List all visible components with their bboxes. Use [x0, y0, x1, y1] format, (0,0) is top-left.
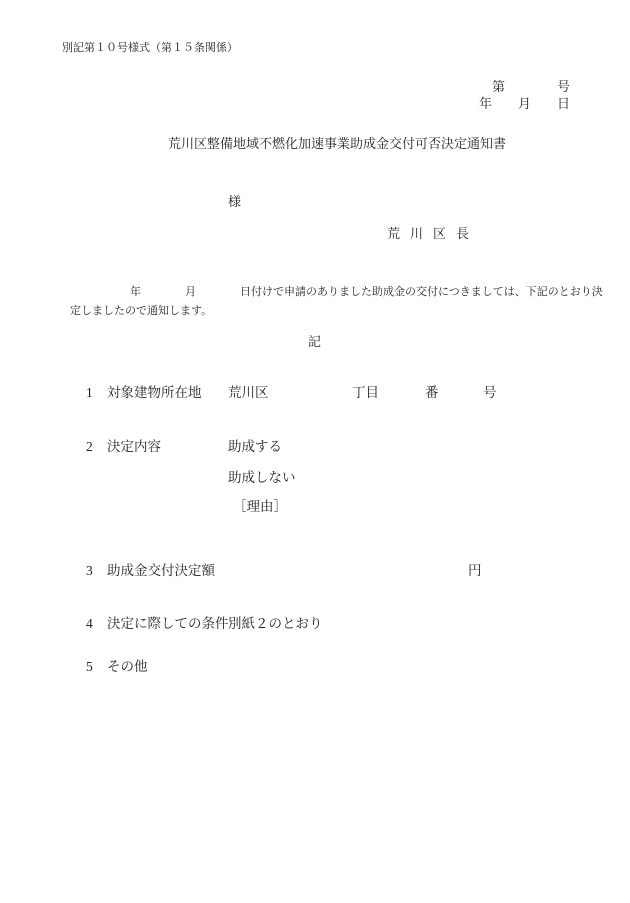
item1-go-label: 号 [483, 385, 497, 402]
item4-number: 4 [86, 616, 93, 633]
document-number-line: 第 号 [492, 79, 570, 95]
document-date-line: 年 月 日 [479, 96, 570, 112]
item2-option-deny: 助成しない [228, 470, 296, 487]
item4-label: 決定に際しての条件 [107, 616, 229, 633]
item2-label: 決定内容 [107, 439, 161, 456]
document-page: 別記第１０号様式（第１５条関係） 第 号 年 月 日 荒川区整備地域不燃化加速事… [0, 0, 630, 903]
item1-city: 荒川区 [228, 385, 269, 402]
item4-value: 別紙２のとおり [228, 616, 323, 633]
item3-label: 助成金交付決定額 [107, 563, 215, 580]
item2-reason-label: ［理由］ [233, 499, 287, 516]
item3-yen-unit: 円 [468, 563, 482, 580]
item2-option-grant: 助成する [228, 439, 282, 456]
sender-name: 荒川区長 [387, 226, 479, 242]
item3-number: 3 [86, 563, 93, 580]
body-paragraph: 年 月 日付けで申請のありました助成金の交付につきましては、下記のとおり決定しま… [70, 283, 604, 321]
addressee-honorific: 様 [228, 194, 241, 210]
item1-chome-label: 丁目 [352, 385, 379, 402]
item5-label: その他 [107, 659, 148, 676]
item5-number: 5 [86, 659, 93, 676]
document-title: 荒川区整備地域不燃化加速事業助成金交付可否決定通知書 [168, 136, 506, 152]
section-marker: 記 [308, 334, 321, 350]
item2-number: 2 [86, 439, 93, 456]
item1-ban-label: 番 [425, 385, 439, 402]
form-style-label: 別記第１０号様式（第１５条関係） [62, 42, 238, 56]
item1-label: 対象建物所在地 [107, 385, 202, 402]
item1-number: 1 [86, 385, 93, 402]
